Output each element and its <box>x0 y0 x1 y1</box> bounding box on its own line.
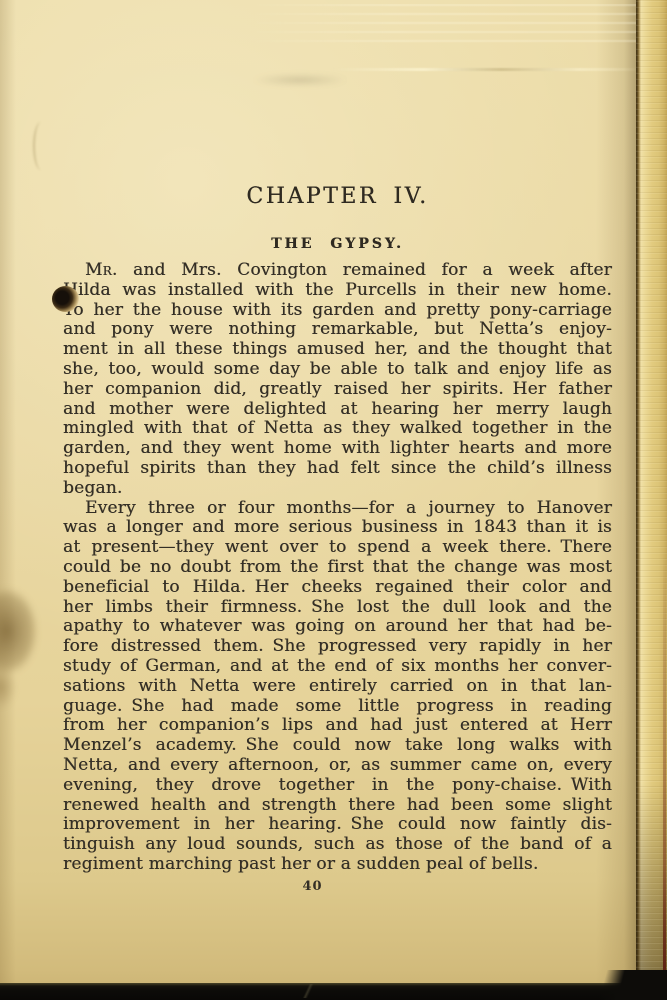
lead-word-smallcaps: Mr. <box>85 260 117 280</box>
smudge-mark <box>252 74 348 86</box>
crease-arc-mark <box>33 122 49 170</box>
text-line: her limbs their firmness. She lost the d… <box>63 598 612 618</box>
text-line: hopeful spirits than they had felt since… <box>63 459 612 479</box>
crease-line <box>330 68 642 71</box>
text-line: improvement in her hearing. She could no… <box>63 815 612 835</box>
text-line: evening, they drove together in the pony… <box>63 776 612 796</box>
text-line: Mr. and Mrs. Covington remained for a we… <box>63 261 612 281</box>
text-line: Netta, and every afternoon, or, as summe… <box>63 756 612 776</box>
section-heading: THE GYPSY. <box>63 236 612 252</box>
stain-mark <box>0 578 54 718</box>
text-line: fore distressed them. She progressed ver… <box>63 637 612 657</box>
text-line: renewed health and strength there had be… <box>63 796 612 816</box>
text-line: could be no doubt from the first that th… <box>63 558 612 578</box>
scan-streaks <box>250 4 650 48</box>
book-cover-edge <box>0 983 667 1000</box>
text-line: and pony were nothing remarkable, but Ne… <box>63 320 612 340</box>
cover-seam <box>300 984 316 998</box>
text-line: was a longer and more serious business i… <box>63 518 612 538</box>
text-line: beneficial to Hilda. Her cheeks regained… <box>63 578 612 598</box>
text-line: apathy to whatever was going on around h… <box>63 617 612 637</box>
text-line: garden, and they went home with lighter … <box>63 439 612 459</box>
gutter-shadow <box>0 0 16 1000</box>
book-spine-edge-line <box>663 550 666 1000</box>
text-line: To her the house with its garden and pre… <box>63 301 612 321</box>
book-page-scan: CHAPTER IV. THE GYPSY. Mr. and Mrs. Covi… <box>0 0 667 1000</box>
text-line: and mother were delighted at hearing her… <box>63 400 612 420</box>
text-line: Menzel’s academy. She could now take lon… <box>63 736 612 756</box>
page-text: Mr. and Mrs. Covington remained for a we… <box>63 261 612 875</box>
text-line: Every three or four months—for a journey… <box>63 499 612 519</box>
chapter-heading: CHAPTER IV. <box>63 184 612 209</box>
text-line: sations with Netta were entirely carried… <box>63 677 612 697</box>
text-line: regiment marching past her or a sudden p… <box>63 855 612 875</box>
text-line: Hilda was installed with the Purcells in… <box>63 281 612 301</box>
text-line: ment in all these things amused her, and… <box>63 340 612 360</box>
text-line: mingled with that of Netta as they walke… <box>63 419 612 439</box>
text-line: she, too, would some day be able to talk… <box>63 360 612 380</box>
text-line: study of German, and at the end of six m… <box>63 657 612 677</box>
wormhole-spot <box>52 286 79 312</box>
text-line: from her companion’s lips and had just e… <box>63 716 612 736</box>
text-line: at present—they went over to spend a wee… <box>63 538 612 558</box>
text-line: guage. She had made some little progress… <box>63 697 612 717</box>
book-cover-edge-corner <box>592 970 667 1000</box>
text-line: her companion did, greatly raised her sp… <box>63 380 612 400</box>
text-line: tinguish any loud sounds, such as those … <box>63 835 612 855</box>
page-number: 40 <box>38 879 587 894</box>
text-line: began. <box>63 479 612 499</box>
